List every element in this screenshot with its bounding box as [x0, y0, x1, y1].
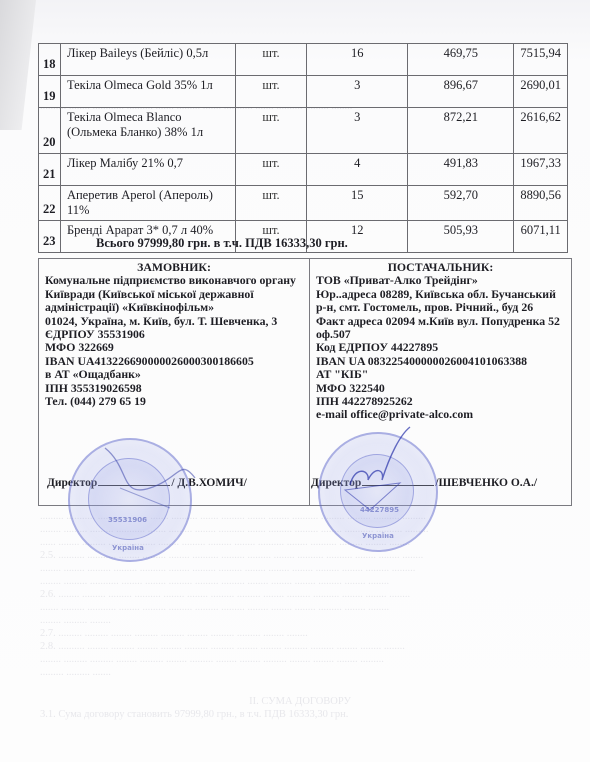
item-price: 872,21: [408, 108, 514, 154]
table-row: 18Лікер Baileys (Бейліс) 0,5лшт.16469,75…: [39, 44, 568, 76]
row-number: 20: [39, 108, 61, 154]
item-name: Лікер Baileys (Бейліс) 0,5л: [60, 44, 235, 76]
item-unit: шт.: [235, 76, 307, 108]
supplier-line: АТ "КІБ": [316, 368, 565, 381]
items-table: 18Лікер Baileys (Бейліс) 0,5лшт.16469,75…: [38, 43, 568, 253]
item-sum: 7515,94: [514, 44, 568, 76]
customer-line: ЄДРПОУ 35531906: [45, 328, 303, 341]
row-number: 21: [39, 154, 61, 186]
customer-line: ІПН 355319026598: [45, 382, 303, 395]
table-row: 22Аперетив Aperol (Апероль) 11%шт.15592,…: [39, 186, 568, 221]
row-number: 23: [39, 221, 61, 253]
item-price: 491,83: [408, 154, 514, 186]
item-sum: 1967,33: [514, 154, 568, 186]
item-price: 896,67: [408, 76, 514, 108]
item-name: Текіла Olmeca Blanco (Ольмека Бланко) 38…: [60, 108, 235, 154]
supplier-heading: ПОСТАЧАЛЬНИК:: [316, 261, 565, 274]
bleed-section-heading: ІІ. СУМА ДОГОВОРУ: [40, 695, 560, 708]
total-amount: Всього 97999,80 грн. в т.ч. ПДВ 16333,30…: [96, 236, 348, 251]
item-quantity: 3: [307, 76, 408, 108]
page-fold-shadow: [0, 0, 36, 130]
item-price: 505,93: [408, 221, 514, 253]
bleed-last-line: 3.1. Сума договору становить 97999,80 гр…: [40, 708, 560, 721]
supplier-line: Факт адреса 02094 м.Київ вул. Попудренка…: [316, 315, 565, 342]
item-unit: шт.: [235, 186, 307, 221]
customer-line: Комунальне підприємство виконавчого орга…: [45, 274, 303, 314]
customer-line: Тел. (044) 279 65 19: [45, 395, 303, 408]
row-number: 22: [39, 186, 61, 221]
supplier-stamp-country: Україна: [362, 532, 394, 540]
supplier-sign-name: /ШЕВЧЕНКО О.А./: [435, 477, 537, 489]
table-row: 20Текіла Olmeca Blanco (Ольмека Бланко) …: [39, 108, 568, 154]
row-number: 19: [39, 76, 61, 108]
customer-heading: ЗАМОВНИК:: [45, 261, 303, 274]
item-quantity: 16: [307, 44, 408, 76]
supplier-line: ІПН 442278925262: [316, 395, 565, 408]
item-unit: шт.: [235, 154, 307, 186]
item-name: Текіла Olmeca Gold 35% 1л: [60, 76, 235, 108]
item-price: 469,75: [408, 44, 514, 76]
item-name: Аперетив Aperol (Апероль) 11%: [60, 186, 235, 221]
supplier-line: ТОВ «Приват-Алко Трейдінг»: [316, 274, 565, 287]
item-price: 592,70: [408, 186, 514, 221]
supplier-line: МФО 322540: [316, 382, 565, 395]
customer-signature-icon: [100, 438, 200, 518]
customer-line: МФО 322669: [45, 341, 303, 354]
customer-stamp-country: Україна: [112, 544, 144, 552]
item-sum: 6071,11: [514, 221, 568, 253]
row-number: 18: [39, 44, 61, 76]
item-quantity: 15: [307, 186, 408, 221]
item-unit: шт.: [235, 44, 307, 76]
item-unit: шт.: [235, 108, 307, 154]
customer-line: IBAN UA413226690000026000300186605: [45, 355, 303, 368]
customer-line: в АТ «Ощадбанк»: [45, 368, 303, 381]
customer-line: 01024, Україна, м. Київ, бул. Т. Шевченк…: [45, 315, 303, 328]
item-quantity: 4: [307, 154, 408, 186]
table-row: 21Лікер Малібу 21% 0,7шт.4491,831967,33: [39, 154, 568, 186]
supplier-signature-icon: [340, 425, 420, 515]
item-quantity: 3: [307, 108, 408, 154]
item-sum: 2616,62: [514, 108, 568, 154]
item-sum: 8890,56: [514, 186, 568, 221]
item-sum: 2690,01: [514, 76, 568, 108]
table-row: 19Текіла Olmeca Gold 35% 1лшт.3896,67269…: [39, 76, 568, 108]
supplier-line: e-mail office@private-alco.com: [316, 408, 565, 421]
supplier-line: Юр..адреса 08289, Київська обл. Бучанськ…: [316, 288, 565, 315]
document-page: .......... ........ ............ .......…: [0, 0, 590, 762]
supplier-line: IBAN UA 083225400000026004101063388: [316, 355, 565, 368]
item-name: Лікер Малібу 21% 0,7: [60, 154, 235, 186]
supplier-line: Код ЕДРПОУ 44227895: [316, 341, 565, 354]
